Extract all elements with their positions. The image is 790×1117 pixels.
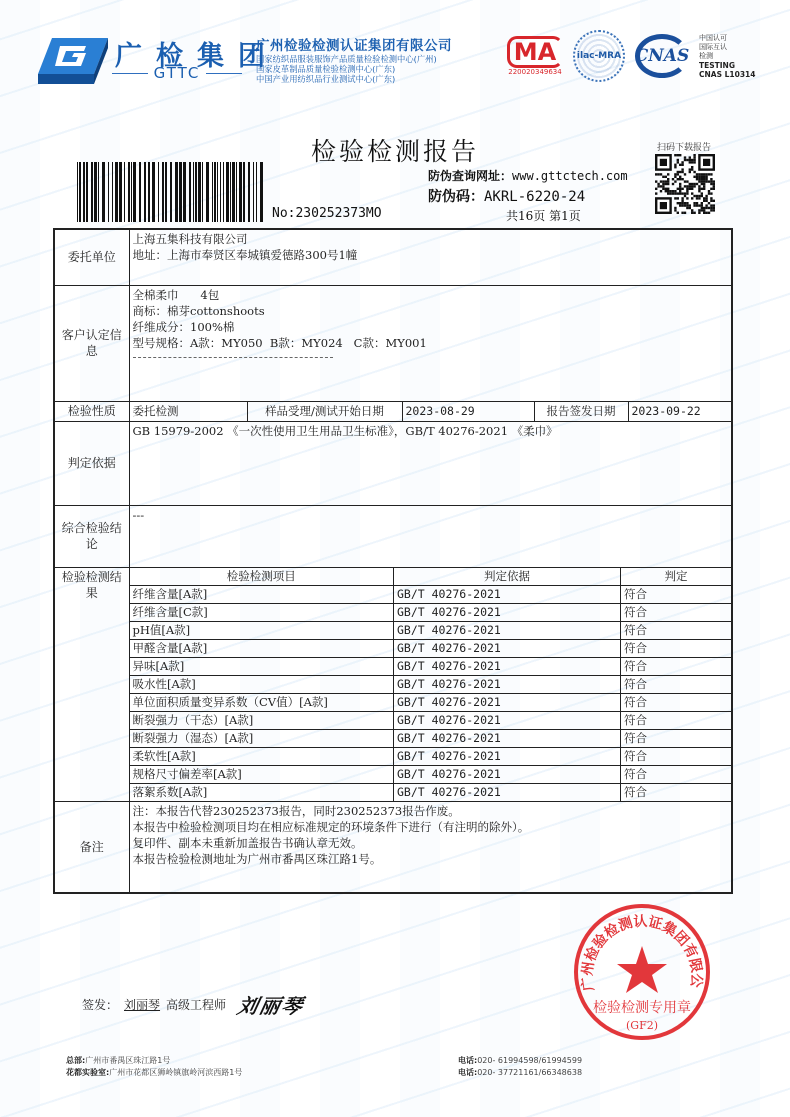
results-cell: 检验检测项目 判定依据 判定 纤维含量[A款]GB/T 40276-2021符合… (129, 567, 732, 801)
header-item: 检验检测项目 (130, 568, 394, 586)
result-verdict: 符合 (621, 675, 732, 693)
result-verdict: 符合 (621, 657, 732, 675)
result-basis: GB/T 40276-2021 (394, 783, 621, 801)
result-basis: GB/T 40276-2021 (394, 675, 621, 693)
footer-addresses: 总部:广州市番禺区珠江路1号 花都实验室:广州市花都区狮岭镇旗岭河滨西路1号 (66, 1055, 242, 1079)
basis-label: 判定依据 (54, 421, 129, 505)
client-name: 上海五集科技有限公司 (133, 231, 729, 247)
client-row: 委托单位 上海五集科技有限公司 地址：上海市奉贤区奉城镇爱德路300号1幢 (54, 229, 732, 285)
header-verdict: 判定 (621, 568, 732, 586)
result-verdict: 符合 (621, 783, 732, 801)
nature-value: 委托检测 (129, 401, 247, 421)
hq-label: 总部: (66, 1056, 85, 1065)
barcode-icon (77, 162, 267, 222)
cma-logo: MA 220020349634 (505, 36, 565, 76)
brand-name-en-wrap: GTTC (112, 64, 242, 82)
company-sub-2: 国家皮革制品质量检验检测中心(广东) (256, 64, 452, 74)
cnas-caption-line: 检测 (699, 52, 755, 61)
result-row: 单位面积质量变异系数（CV值）[A款]GB/T 40276-2021符合 (130, 693, 732, 711)
result-basis: GB/T 40276-2021 (394, 585, 621, 603)
divider (206, 73, 242, 74)
company-sub-1: 国家纺织品服装服饰产品质量检验检测中心(广州) (256, 54, 452, 64)
result-verdict: 符合 (621, 711, 732, 729)
customer-info-line: 型号规格：A款：MY050 B款：MY024 C款：MY001 (133, 335, 729, 351)
remark-line: 注：本报告代替230252373报告，同时230252373报告作废。 (133, 803, 729, 819)
result-verdict: 符合 (621, 747, 732, 765)
nature-row: 检验性质 委托检测 样品受理/测试开始日期 2023-08-29 报告签发日期 … (54, 401, 732, 421)
client-cell: 上海五集科技有限公司 地址：上海市奉贤区奉城镇爱德路300号1幢 (129, 229, 732, 285)
verify-url-label: 防伪查询网址： (428, 169, 512, 183)
conclusion-label: 综合检验结论 (54, 505, 129, 567)
cnas-mark: CNAS (635, 46, 690, 66)
customer-info-row: 客户认定信息 全棉柔巾 4包 商标：棉芽cottonshoots 纤维成分：10… (54, 285, 732, 401)
stamp-code: (GF2) (626, 1019, 658, 1032)
result-row: 柔软性[A款]GB/T 40276-2021符合 (130, 747, 732, 765)
result-item: 柔软性[A款] (130, 747, 394, 765)
customer-info-line: 纤维成分：100%棉 (133, 319, 729, 335)
result-row: 吸水性[A款]GB/T 40276-2021符合 (130, 675, 732, 693)
customer-info-line: 全棉柔巾 4包 (133, 287, 729, 303)
stamp-center-text: 检验检测专用章 (593, 999, 691, 1016)
conclusion-row: 综合检验结论 --- (54, 505, 732, 567)
cma-number: 220020349634 (505, 68, 565, 76)
result-verdict: 符合 (621, 765, 732, 783)
issue-date: 2023-09-22 (628, 401, 732, 421)
hq-address: 广州市番禺区珠江路1号 (85, 1056, 170, 1065)
results-header-row: 检验检测项目 判定依据 判定 (130, 568, 732, 586)
lab-label: 花都实验室: (66, 1068, 109, 1077)
company-block: 广州检验检测认证集团有限公司 国家纺织品服装服饰产品质量检验检测中心(广州) 国… (256, 34, 452, 84)
anti-fake-block: 防伪查询网址：www.gttctech.com 防伪码：AKRL-6220-24 (428, 167, 628, 206)
phone-label: 电话: (458, 1068, 477, 1077)
anti-fake-label: 防伪码： (428, 189, 484, 205)
issue-date-label: 报告签发日期 (534, 401, 628, 421)
result-row: 落絮系数[A款]GB/T 40276-2021符合 (130, 783, 732, 801)
verify-url-link[interactable]: www.gttctech.com (512, 169, 628, 183)
dashed-divider (133, 351, 333, 358)
results-table: 检验检测项目 判定依据 判定 纤维含量[A款]GB/T 40276-2021符合… (130, 568, 732, 801)
customer-info-line: 商标：棉芽cottonshoots (133, 303, 729, 319)
result-basis: GB/T 40276-2021 (394, 711, 621, 729)
cnas-caption-en: TESTING (699, 61, 755, 70)
client-address: 地址：上海市奉贤区奉城镇爱德路300号1幢 (133, 247, 729, 263)
remark-line: 复印件、副本未重新加盖报告书确认章无效。 (133, 835, 729, 851)
result-basis: GB/T 40276-2021 (394, 765, 621, 783)
result-item: 落絮系数[A款] (130, 783, 394, 801)
remarks-label: 备注 (54, 801, 129, 893)
company-name: 广州检验检测认证集团有限公司 (256, 34, 452, 54)
result-verdict: 符合 (621, 603, 732, 621)
remarks-row: 备注 注：本报告代替230252373报告，同时230252373报告作废。 本… (54, 801, 732, 893)
company-sub-3: 中国产业用纺织品行业测试中心(广东) (256, 74, 452, 84)
anti-fake-code: AKRL-6220-24 (484, 189, 585, 205)
remark-line: 本报告检验检测地址为广州市番禺区珠江路1号。 (133, 851, 729, 867)
report-number: No:230252373MO (272, 206, 382, 221)
cnas-caption: 中国认可 国际互认 检测 TESTING CNAS L10314 (699, 34, 755, 79)
footer-phones: 电话:020- 61994598/61994599 电话:020- 377211… (458, 1055, 582, 1079)
result-basis: GB/T 40276-2021 (394, 621, 621, 639)
basis-row: 判定依据 GB 15979-2002 《一次性使用卫生用品卫生标准》，GB/T … (54, 421, 732, 505)
result-row: 规格尺寸偏差率[A款]GB/T 40276-2021符合 (130, 765, 732, 783)
result-item: 吸水性[A款] (130, 675, 394, 693)
results-label: 检验检测结果 (54, 567, 129, 801)
results-row: 检验检测结果 检验检测项目 判定依据 判定 纤维含量[A款]GB/T 40276… (54, 567, 732, 801)
hq-phone: 020- 61994598/61994599 (477, 1056, 582, 1065)
lab-phone: 020- 37721161/66348638 (477, 1068, 582, 1077)
result-item: 纤维含量[C款] (130, 603, 394, 621)
cma-mark: MA (507, 36, 563, 68)
conclusion-value: --- (129, 505, 732, 567)
result-basis: GB/T 40276-2021 (394, 693, 621, 711)
signer-name: 刘丽琴 (124, 996, 160, 1013)
signature-block: 签发： 刘丽琴 高级工程师 刘丽琴 (82, 990, 304, 1019)
result-row: 断裂强力（湿态）[A款]GB/T 40276-2021符合 (130, 729, 732, 747)
result-basis: GB/T 40276-2021 (394, 729, 621, 747)
result-row: 异味[A款]GB/T 40276-2021符合 (130, 657, 732, 675)
result-verdict: 符合 (621, 585, 732, 603)
result-item: 纤维含量[A款] (130, 585, 394, 603)
result-verdict: 符合 (621, 729, 732, 747)
page-indicator: 共16页 第1页 (506, 207, 581, 224)
result-basis: GB/T 40276-2021 (394, 603, 621, 621)
nature-label: 检验性质 (54, 401, 129, 421)
signer-title: 高级工程师 (166, 996, 226, 1013)
remark-line: 本报告中检验检测项目均在相应标准规定的环境条件下进行（有注明的除外）。 (133, 819, 729, 835)
result-basis: GB/T 40276-2021 (394, 639, 621, 657)
cnas-caption-en: CNAS L10314 (699, 70, 755, 79)
result-verdict: 符合 (621, 639, 732, 657)
start-date: 2023-08-29 (402, 401, 534, 421)
result-verdict: 符合 (621, 621, 732, 639)
qr-label: 扫码下载报告 (657, 140, 711, 153)
result-item: 单位面积质量变异系数（CV值）[A款] (130, 693, 394, 711)
customer-info-label: 客户认定信息 (54, 285, 129, 401)
client-label: 委托单位 (54, 229, 129, 285)
result-item: 规格尺寸偏差率[A款] (130, 765, 394, 783)
certification-logos: MA 220020349634 ilac-MRA CNAS 中国认可 国际互认 … (505, 30, 755, 82)
official-stamp-icon: 广州检验检测认证集团有限公司 检验检测专用章 (GF2) (572, 902, 712, 1042)
cnas-caption-line: 中国认可 (699, 34, 755, 43)
result-item: 甲醛含量[A款] (130, 639, 394, 657)
handwritten-signature: 刘丽琴 (235, 990, 307, 1019)
customer-info-cell: 全棉柔巾 4包 商标：棉芽cottonshoots 纤维成分：100%棉 型号规… (129, 285, 732, 401)
gttc-logo-icon (38, 38, 108, 84)
header-basis: 判定依据 (394, 568, 621, 586)
result-row: pH值[A款]GB/T 40276-2021符合 (130, 621, 732, 639)
remarks-cell: 注：本报告代替230252373报告，同时230252373报告作废。 本报告中… (129, 801, 732, 893)
cnas-logo: CNAS (633, 32, 691, 80)
result-item: 异味[A款] (130, 657, 394, 675)
report-table: 委托单位 上海五集科技有限公司 地址：上海市奉贤区奉城镇爱德路300号1幢 客户… (53, 228, 733, 894)
result-item: pH值[A款] (130, 621, 394, 639)
ilac-mra-logo: ilac-MRA (573, 30, 625, 82)
divider (112, 73, 148, 74)
start-date-label: 样品受理/测试开始日期 (247, 401, 402, 421)
phone-label: 电话: (458, 1056, 477, 1065)
result-row: 断裂强力（干态）[A款]GB/T 40276-2021符合 (130, 711, 732, 729)
result-row: 纤维含量[C款]GB/T 40276-2021符合 (130, 603, 732, 621)
result-item: 断裂强力（湿态）[A款] (130, 729, 394, 747)
result-basis: GB/T 40276-2021 (394, 747, 621, 765)
brand-name-en: GTTC (154, 64, 201, 82)
qr-code-icon[interactable] (655, 154, 715, 214)
result-item: 断裂强力（干态）[A款] (130, 711, 394, 729)
result-basis: GB/T 40276-2021 (394, 657, 621, 675)
signature-label: 签发： (82, 996, 118, 1013)
lab-address: 广州市花都区狮岭镇旗岭河滨西路1号 (109, 1068, 242, 1077)
result-row: 纤维含量[A款]GB/T 40276-2021符合 (130, 585, 732, 603)
result-row: 甲醛含量[A款]GB/T 40276-2021符合 (130, 639, 732, 657)
cnas-caption-line: 国际互认 (699, 43, 755, 52)
basis-value: GB 15979-2002 《一次性使用卫生用品卫生标准》，GB/T 40276… (129, 421, 732, 505)
result-verdict: 符合 (621, 693, 732, 711)
